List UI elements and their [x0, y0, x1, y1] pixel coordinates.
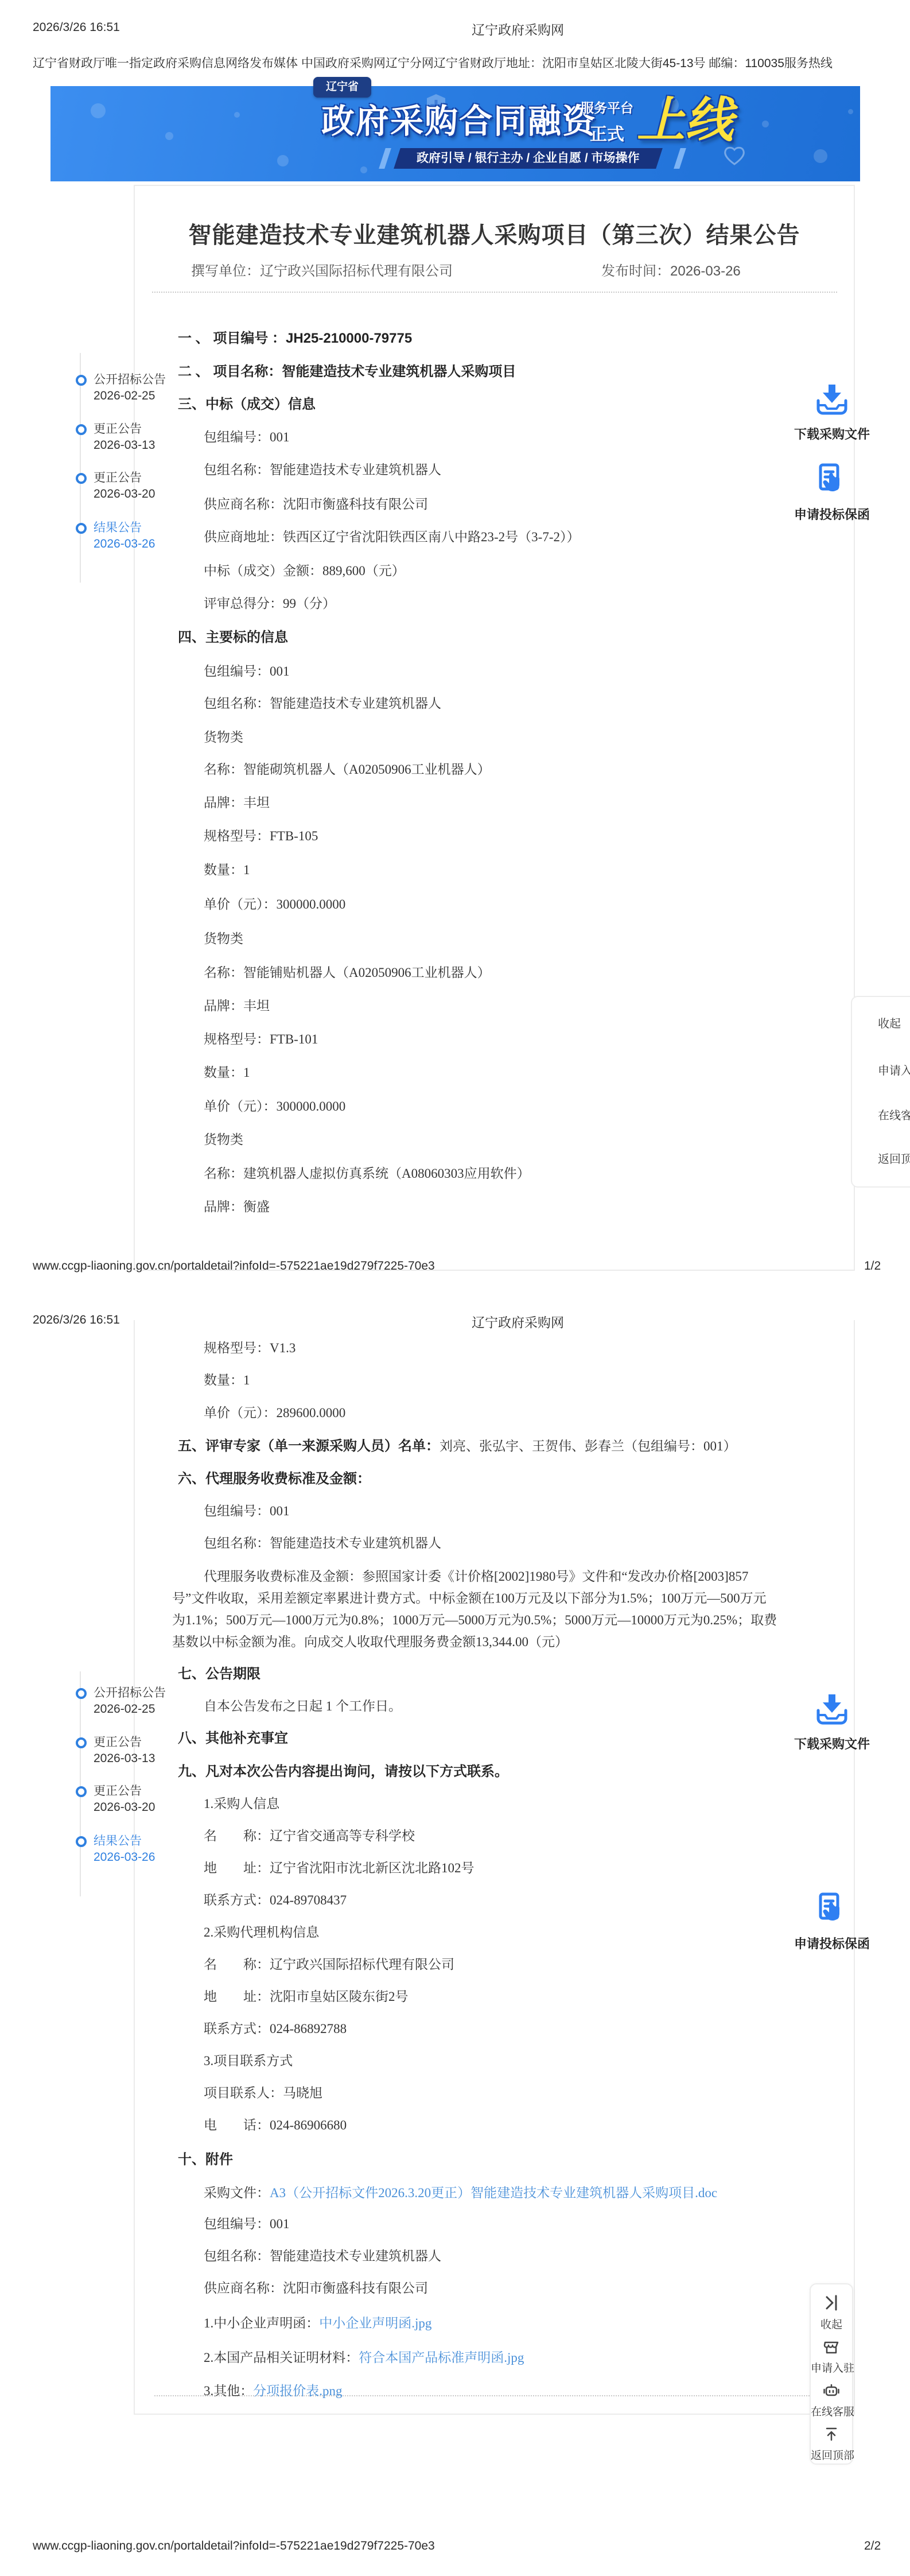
doc-line: 包组名称：智能建造技术专业建筑机器人 [204, 2248, 441, 2265]
banner-online-label: 上线 [637, 82, 733, 151]
print-datetime-p1: 2026/3/26 16:51 [33, 21, 120, 34]
doc-line: 联系方式：024-86892788 [204, 2020, 347, 2038]
download-icon [814, 1690, 850, 1728]
apply-settle-button[interactable]: 申请入驻 [811, 2337, 852, 2375]
line-segment: 3.其他： [204, 2384, 253, 2398]
banner-bubble [762, 121, 769, 127]
doc-line: 地 址：辽宁省沈阳市沈北新区沈北路102号 [204, 1860, 475, 1877]
doc-line: 1.采购人信息 [204, 1795, 279, 1813]
banner-bubble [234, 112, 240, 118]
back-top-button[interactable]: 返回顶部 [878, 1150, 910, 1166]
doc-line: 项目联系人：马晓旭 [204, 2085, 322, 2102]
timeline-label: 更正公告 [94, 421, 155, 437]
doc-line: 供应商名称：沈阳市衡盛科技有限公司 [204, 496, 428, 513]
doc-line: 代理服务收费标准及金额：参照国家计委《计价格[2002]1980号》文件和“发改… [204, 1568, 748, 1585]
doc-line: 采购文件：A3（公开招标文件2026.3.20更正）智能建造技术专业建筑机器人采… [204, 2185, 717, 2203]
footer-url-p1: www.ccgp-liaoning.gov.cn/portaldetail?in… [33, 1259, 435, 1273]
ribbon-accent [379, 148, 391, 169]
section-heading: 一 、 项目编号 ：JH25-210000-79775 [178, 330, 412, 347]
robot-icon [822, 2381, 841, 2399]
timeline-date: 2026-03-26 [94, 1849, 155, 1865]
timeline-label: 结果公告 [94, 1833, 155, 1849]
timeline-date: 2026-02-25 [94, 1701, 166, 1717]
timeline-date: 2026-03-13 [94, 437, 155, 453]
doc-line: 名 称：辽宁省交通高等专科学校 [204, 1828, 415, 1845]
banner-platform-label: 服务平台 [580, 98, 635, 117]
download-icon [814, 381, 850, 418]
guarantee-icon [814, 461, 850, 499]
download-procurement-file-button[interactable]: 下载采购文件 [794, 1690, 870, 1752]
section-heading: 三、中标（成交）信息 [178, 396, 316, 413]
doc-line: 包组编号：001 [204, 429, 290, 446]
page-number-p1: 1/2 [864, 1259, 881, 1273]
timeline-dot-icon [76, 1786, 87, 1797]
doc-line: 供应商名称：沈阳市衡盛科技有限公司 [204, 2280, 428, 2297]
doc-line: 单价（元）：289600.0000 [204, 1405, 345, 1422]
banner-ribbon: 政府引导 / 银行主办 / 企业自愿 / 市场操作 [394, 148, 662, 169]
media-notice: 辽宁省财政厅唯一指定政府采购信息网络发布媒体 中国政府采购网辽宁分网辽宁省财政厅… [33, 54, 910, 71]
doc-line: 货物类 [204, 930, 243, 948]
doc-line: 货物类 [204, 1131, 243, 1149]
doc-line: 数量：1 [204, 1372, 250, 1389]
page-number-p2: 2/2 [864, 2539, 881, 2553]
timeline-dot-icon [76, 523, 87, 534]
doc-line: 3.其他：分项报价表.png [204, 2383, 343, 2402]
back-top-label: 返回顶部 [811, 2447, 852, 2462]
timeline-item-result[interactable]: 结果公告 2026-03-26 [94, 520, 155, 552]
storefront-icon [822, 2337, 841, 2356]
doc-line: 名称：智能砌筑机器人（A02050906工业机器人） [204, 761, 491, 778]
attachment-link[interactable]: 中小企业声明函.jpg [319, 2316, 431, 2330]
section-heading: 九、凡对本次公告内容提出询问，请按以下方式联系。 [178, 1763, 508, 1780]
section-heading: 四、主要标的信息 [178, 629, 288, 646]
banner-bubble [360, 166, 367, 173]
author-label: 撰写单位：辽宁政兴国际招标代理有限公司 [191, 259, 453, 280]
timeline-dot-icon [76, 1836, 87, 1847]
banner-bubble [165, 132, 173, 140]
download-label: 下载采购文件 [794, 425, 870, 443]
doc-line: 电 话：024-86906680 [204, 2117, 347, 2134]
line-segment: 2.本国产品相关证明材料： [204, 2350, 359, 2365]
doc-line: 包组编号：001 [204, 2216, 290, 2233]
doc-line: 自本公告发布之日起 1 个工作日。 [204, 1698, 402, 1715]
doc-line: 品牌：丰坦 [204, 998, 270, 1015]
timeline-item-correction-2[interactable]: 更正公告 2026-03-20 [94, 470, 155, 502]
doc-line: 2.本国产品相关证明材料：符合本国产品标准声明函.jpg [204, 2349, 524, 2368]
apply-settle-label: 申请入驻 [811, 2360, 852, 2375]
collapse-button[interactable]: 收起 [878, 1014, 901, 1031]
timeline-label: 更正公告 [94, 470, 155, 486]
doc-line: 品牌：丰坦 [204, 794, 270, 812]
collapse-button[interactable]: 收起 [811, 2294, 852, 2331]
timeline-dot-icon [76, 1737, 87, 1748]
quick-panel: 收起 申请入驻 在线客服 返回顶部 [810, 2283, 853, 2465]
apply-bid-guarantee-button[interactable]: 申请投标保函 [794, 461, 870, 523]
doc-line: 单价（元）：300000.0000 [204, 1098, 345, 1115]
meta-divider [152, 292, 837, 293]
online-service-button[interactable]: 在线客服 [811, 2381, 852, 2419]
doc-line: 1.中小企业声明函：中小企业声明函.jpg [204, 2315, 431, 2334]
line-segment: 刘亮、张弘宇、王贺伟、彭春兰（包组编号：001） [440, 1439, 737, 1453]
timeline-date: 2026-03-20 [94, 486, 155, 502]
timeline-item-correction-1[interactable]: 更正公告 2026-03-13 [94, 421, 155, 453]
banner-bubble [277, 155, 289, 166]
section-heading: 七、公告期限 [178, 1666, 260, 1683]
timeline-item-open-bid[interactable]: 公开招标公告 2026-02-25 [94, 1685, 166, 1717]
doc-line: 名 称：辽宁政兴国际招标代理有限公司 [204, 1956, 454, 1973]
timeline-dot-icon [76, 473, 87, 484]
banner-bubble [848, 109, 853, 114]
doc-line: 基数以中标金额为准。向成交人收取代理服务费金额13,344.00（元） [172, 1634, 568, 1651]
doc-line: 中标（成交）金额：889,600（元） [204, 562, 405, 580]
apply-bid-guarantee-button[interactable]: 申请投标保函 [794, 1890, 870, 1952]
online-service-label: 在线客服 [811, 2403, 852, 2419]
timeline-label: 更正公告 [94, 1735, 155, 1751]
guarantee-label: 申请投标保函 [794, 505, 870, 523]
banner-bubble [814, 149, 827, 163]
doc-line: 包组编号：001 [204, 663, 290, 680]
publish-date-label: 发布时间：2026-03-26 [601, 259, 741, 280]
attachment-link[interactable]: A3（公开招标文件2026.3.20更正）智能建造技术专业建筑机器人采购项目.d… [270, 2186, 717, 2200]
doc-line: 包组名称：智能建造技术专业建筑机器人 [204, 1535, 441, 1552]
timeline-line-p1 [80, 353, 81, 583]
timeline-date: 2026-03-13 [94, 1751, 155, 1767]
timeline-date: 2026-03-26 [94, 536, 155, 552]
ribbon-accent [674, 148, 686, 169]
line-segment: 1.中小企业声明函： [204, 2316, 319, 2330]
download-procurement-file-button[interactable]: 下载采购文件 [794, 381, 870, 443]
doc-line: 数量：1 [204, 862, 250, 879]
timeline-item-open-bid[interactable]: 公开招标公告 2026-02-25 [94, 372, 166, 404]
apply-settle-button[interactable]: 申请入驻 [878, 1061, 910, 1078]
section-heading: 八、其他补充事宜 [178, 1730, 288, 1747]
banner-bubble [91, 103, 106, 118]
section-heading: 二 、 项目名称：智能建造技术专业建筑机器人采购项目 [178, 363, 516, 381]
collapse-label: 收起 [811, 2316, 852, 2331]
doc-line: 名称：建筑机器人虚拟仿真系统（A08060303应用软件） [204, 1165, 530, 1182]
guarantee-label: 申请投标保函 [794, 1934, 870, 1952]
doc-line: 号”文件收取，采用差额定率累进计费方式。中标金额在100万元及以下部分为1.5%… [172, 1590, 767, 1607]
doc-line: 供应商地址：铁西区辽宁省沈阳铁西区南八中路23-2号（3-7-2）） [204, 529, 580, 546]
timeline-label: 公开招标公告 [94, 1685, 166, 1701]
download-label: 下载采购文件 [794, 1735, 870, 1752]
doc-line: 2.采购代理机构信息 [204, 1924, 319, 1941]
timeline-label: 更正公告 [94, 1783, 155, 1799]
timeline-date: 2026-02-25 [94, 388, 166, 404]
site-name-p1: 辽宁政府采购网 [472, 20, 564, 38]
timeline-dot-icon [76, 1688, 87, 1699]
timeline-item-correction-1[interactable]: 更正公告 2026-03-13 [94, 1735, 155, 1767]
doc-line: 规格型号：FTB-105 [204, 828, 318, 845]
doc-line: 3.项目联系方式 [204, 2053, 293, 2070]
doc-line: 包组名称：智能建造技术专业建筑机器人 [204, 695, 441, 712]
doc-line: 单价（元）：300000.0000 [204, 896, 345, 913]
banner-headline: 政府采购合同融资 [321, 94, 597, 142]
timeline-line-p2 [80, 1671, 81, 1896]
line-segment: 五、评审专家（单一来源采购人员）名单： [178, 1438, 440, 1454]
section-heading: 十、附件 [178, 2151, 233, 2168]
doc-line: 五、评审专家（单一来源采购人员）名单：刘亮、张弘宇、王贺伟、彭春兰（包组编号：0… [178, 1438, 737, 1457]
timeline-item-correction-2[interactable]: 更正公告 2026-03-20 [94, 1783, 155, 1815]
doc-line: 规格型号：FTB-101 [204, 1031, 318, 1048]
doc-line: 包组名称：智能建造技术专业建筑机器人 [204, 461, 441, 479]
doc-line: 评审总得分：99（分） [204, 595, 336, 612]
footer-url-p2: www.ccgp-liaoning.gov.cn/portaldetail?in… [33, 2539, 435, 2553]
guarantee-icon [814, 1890, 850, 1928]
quick-panel-clipped: 收起 申请入驻 在线客服 返回顶部 [851, 996, 910, 1188]
line-segment: 采购文件： [204, 2186, 270, 2200]
doc-line: 联系方式：024-89708437 [204, 1892, 347, 1909]
back-top-button[interactable]: 返回顶部 [811, 2424, 852, 2462]
attachment-link[interactable]: 符合本国产品标准声明函.jpg [359, 2350, 524, 2365]
print-datetime-p2: 2026/3/26 16:51 [33, 1313, 120, 1327]
banner-official-label: 正式 [580, 120, 635, 145]
page-title: 智能建造技术专业建筑机器人采购项目（第三次）结果公告 [134, 217, 855, 250]
timeline-label: 公开招标公告 [94, 372, 166, 388]
doc-line: 规格型号：V1.3 [204, 1340, 295, 1357]
screenshot-root: { "header": { "datetime": "2026/3/26 16:… [0, 0, 910, 2576]
doc-line: 货物类 [204, 729, 243, 746]
attachment-link[interactable]: 分项报价表.png [253, 2384, 342, 2398]
doc-line: 为1.1%；500万元—1000万元为0.8%；1000万元—5000万元为0.… [172, 1612, 777, 1629]
doc-line: 品牌：衡盛 [204, 1198, 270, 1216]
promo-banner[interactable]: 辽宁省 政府采购合同融资 服务平台 正式 上线 政府引导 / 银行主办 / 企业… [50, 86, 860, 181]
timeline-item-result[interactable]: 结果公告 2026-03-26 [94, 1833, 155, 1865]
collapse-icon [822, 2294, 841, 2312]
banner-subtitle: 服务平台 正式 [580, 98, 635, 145]
online-service-button[interactable]: 在线客服 [878, 1106, 910, 1123]
back-top-icon [822, 2424, 841, 2443]
timeline-dot-icon [76, 424, 87, 435]
timeline-label: 结果公告 [94, 520, 155, 536]
timeline-dot-icon [76, 375, 87, 386]
doc-line: 地 址：沈阳市皇姑区陵东街2号 [204, 1988, 409, 2005]
doc-line: 名称：智能铺贴机器人（A02050906工业机器人） [204, 964, 491, 981]
doc-line: 包组编号：001 [204, 1503, 290, 1520]
timeline-date: 2026-03-20 [94, 1799, 155, 1815]
section-heading: 六、代理服务收费标准及金额： [178, 1471, 371, 1488]
doc-line: 数量：1 [204, 1064, 250, 1081]
